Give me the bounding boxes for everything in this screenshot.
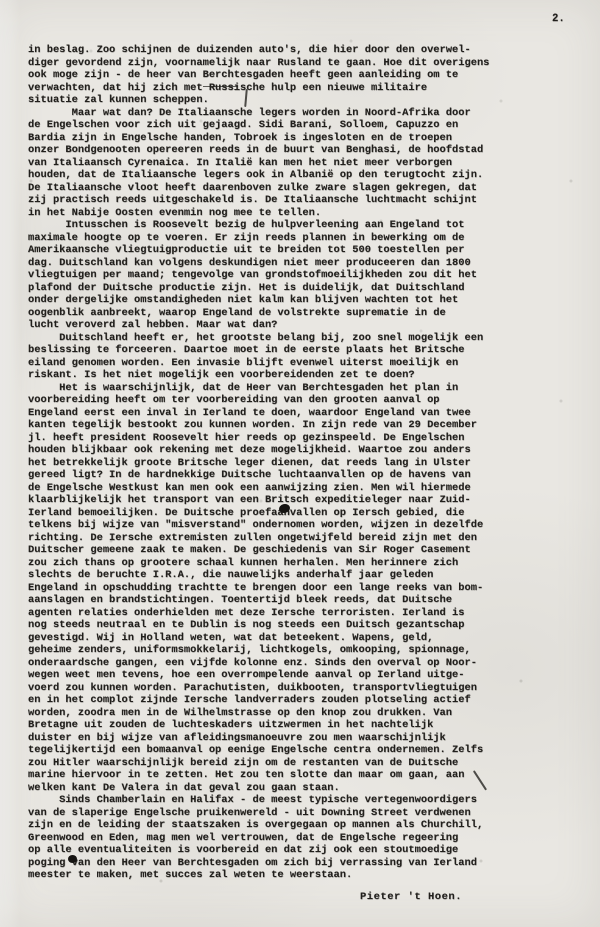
text-line: Engeland eerst een inval in Ierland te d…: [28, 407, 588, 420]
underline-mark: [203, 86, 238, 87]
text-line: van de slaperige Engelsche pruikenwereld…: [28, 807, 588, 820]
text-line: poging van den Heer van Berchtesgaden om…: [28, 857, 588, 870]
text-line: onder dergelijke omstandigheden niet kal…: [28, 294, 588, 307]
text-line: Maar wat dan? De Italiaansche legers wor…: [28, 107, 588, 120]
text-line: Amerikaansche vliegtuigproductie uit te …: [28, 244, 588, 257]
text-line: meester te maken, met succes zal weten t…: [28, 869, 588, 882]
text-line: riskant. Is het niet mogelijk een voorbe…: [28, 369, 588, 382]
text-line: houden blijkbaar ook rekening met deze m…: [28, 444, 588, 457]
text-line: Greenwood en Eden, mag men wel vertrouwe…: [28, 832, 588, 845]
text-line: geheime zenders, uniformsmokkelarij, lic…: [28, 644, 588, 657]
page-number: 2.: [552, 13, 565, 25]
text-line: De Italiaansche vloot heeft daarenboven …: [28, 182, 588, 195]
text-line: nog steeds neutraal en te Dublin is nog …: [28, 619, 588, 632]
text-line: duister en bij wijze van afleidingsmanoe…: [28, 732, 588, 745]
text-block: in beslag. Zoo schijnen de duizenden aut…: [28, 44, 588, 882]
text-line: Ierland bemoeilijken. De Duitsche proefa…: [28, 507, 588, 520]
text-line: gevestigd. Wij in Holland weten, wat dat…: [28, 632, 588, 645]
text-line: zou Hitler waarschijnlijk bereid zijn om…: [28, 757, 588, 770]
ink-blot: [68, 855, 77, 863]
text-line: richting. De Iersche extremisten zullen …: [28, 532, 588, 545]
text-line: telkens bij wijze van "misverstand" onde…: [28, 519, 588, 532]
text-line: maximale hoogte op te voeren. Er zijn re…: [28, 232, 588, 245]
text-line: Het is waarschijnlijk, dat de Heer van B…: [28, 382, 588, 395]
document-page: 2. in beslag. Zoo schijnen de duizenden …: [0, 0, 600, 927]
text-line: Duitschland heeft er, het grootste belan…: [28, 332, 588, 345]
text-line: in het Nabije Oosten evenmin nog mee te …: [28, 207, 588, 220]
text-line: agenten relaties onderhielden met deze I…: [28, 607, 588, 620]
signature: Pieter 't Hoen.: [360, 891, 462, 903]
text-line: de Engelsche Westkust kan men ook een aa…: [28, 482, 588, 495]
text-line: kanten tegelijk bestookt zou kunnen word…: [28, 419, 588, 432]
text-line: onzer Bondgenooten opereeren reeds in de…: [28, 144, 588, 157]
text-line: zijn en de leiding der staatszaken is ov…: [28, 819, 588, 832]
paper-speckles: [0, 0, 2, 2]
text-line: de Engelschen voor zich uit gejaagd. Sid…: [28, 119, 588, 132]
text-line: onderaardsche gangen, een vijfde kolonne…: [28, 657, 588, 670]
text-line: oogenblik aanbreekt, waarop Engeland de …: [28, 307, 588, 320]
text-line: tegelijkertijd een bomaanval op eenige E…: [28, 744, 588, 757]
text-line: ook moge zijn - de heer van Berchtesgade…: [28, 69, 588, 82]
text-line: van Italiaansch Cyrenaica. In Italië kan…: [28, 157, 588, 170]
text-line: wegen weet men tevens, hoe een overrompe…: [28, 669, 588, 682]
text-line: plafond der Duitsche productie zijn. Het…: [28, 282, 588, 295]
text-line: beslissing te forceeren. Daartoe moet in…: [28, 344, 588, 357]
text-line: aanslagen en brandstichtingen. Toenterti…: [28, 594, 588, 607]
text-line: slechts de beruchte I.R.A., die nauwelij…: [28, 569, 588, 582]
text-line: dag. Duitschland kan volgens deskundigen…: [28, 257, 588, 270]
text-line: jl. heeft president Roosevelt hier reeds…: [28, 432, 588, 445]
text-line: zij practisch reeds uitgeschakeld is. De…: [28, 194, 588, 207]
text-line: diger gevordend zijn, voornamelijk naar …: [28, 57, 588, 70]
text-line: welken kant De Valera in dat geval zou g…: [28, 782, 588, 795]
text-line: Bardia zijn in Engelsche handen, Tobroek…: [28, 132, 588, 145]
text-line: eiland genomen worden. Een invasie blijf…: [28, 357, 588, 370]
text-line: Sinds Chamberlain en Halifax - de meest …: [28, 794, 588, 807]
text-line: in beslag. Zoo schijnen de duizenden aut…: [28, 44, 588, 57]
text-line: vliegtuigen per maand; tengevolge van gr…: [28, 269, 588, 282]
text-line: situatie zal kunnen scheppen.: [28, 94, 588, 107]
text-line: zou zich thans op grootere schaal kunnen…: [28, 557, 588, 570]
text-line: het betrekkelijk groote Britsche leger d…: [28, 457, 588, 470]
text-line: op alle eventualiteiten is voorbereid en…: [28, 844, 588, 857]
text-line: marine hiervoor in te zetten. Het zou te…: [28, 769, 588, 782]
text-line: Duitscher gemeene zaak te maken. De gesc…: [28, 544, 588, 557]
text-line: Engeland in opschudding trachtte te bren…: [28, 582, 588, 595]
text-line: Intusschen is Roosevelt bezig de hulpver…: [28, 219, 588, 232]
text-line: gereed ligt? In de hardnekkige Duitsche …: [28, 469, 588, 482]
text-line: voerd zou kunnen worden. Parachutisten, …: [28, 682, 588, 695]
text-line: verwachten, dat hij zich met Russische h…: [28, 82, 588, 95]
text-line: en in het complot zijnde Iersche landver…: [28, 694, 588, 707]
text-line: lucht veroverd zal hebben. Maar wat dan?: [28, 319, 588, 332]
text-line: houden, dat de Italiaansche legers ook i…: [28, 169, 588, 182]
text-line: worden, zoodra men in de Wilhelmstrasse …: [28, 707, 588, 720]
text-line: voorbereiding heeft om ter voorbereiding…: [28, 394, 588, 407]
text-line: Bretagne uit zouden de luchteskaders uit…: [28, 719, 588, 732]
text-line: klaarblijkelijk het transport van een Br…: [28, 494, 588, 507]
